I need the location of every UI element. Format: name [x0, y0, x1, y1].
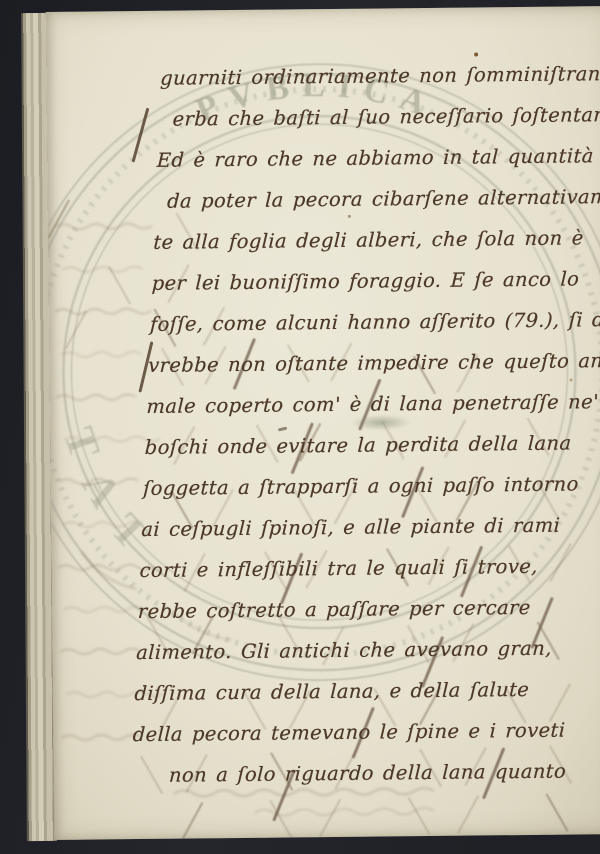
paper-speck: [570, 378, 573, 381]
manuscript-line: rebbe coſtretto a paſſare per cercare: [137, 586, 590, 632]
manuscript-line: da poter la pecora cibarſene alternativa…: [166, 176, 600, 222]
manuscript-line: ſoggetta a ſtrapparſi a ogni paſſo intor…: [142, 463, 595, 509]
manuscript-line: diſſima cura della lana, e della ſalute: [134, 668, 587, 714]
manuscript-page: PVBLICA TAT: [46, 6, 600, 840]
manuscript-line: della pecora temevano le ſpine e i rovet…: [132, 709, 585, 755]
paper-speck: [348, 215, 351, 218]
manuscript-line: guarniti ordinariamente non ſomminiſtran…: [159, 53, 600, 99]
manuscript-line: ai ceſpugli ſpinoſi, e alle piante di ra…: [141, 504, 594, 550]
manuscript-line: alimento. Gli antichi che avevano gran‚: [135, 627, 588, 673]
manuscript-line: corti e infleſſibili tra le quali ſi tro…: [139, 545, 592, 591]
manuscript-line: vrebbe non oſtante impedire che queſto a…: [147, 340, 600, 386]
manuscript-line: te alla foglia degli alberi, che ſola no…: [153, 217, 600, 263]
manuscript-line: non a ſolo riguardo della lana quanto: [168, 750, 583, 795]
manuscript-line: Ed è raro che ne abbiamo in tal quantità: [156, 135, 600, 181]
scan-background: PVBLICA TAT: [0, 0, 600, 854]
manuscript-text: guarniti ordinariamente non ſomminiſtran…: [46, 53, 600, 797]
manuscript-line: per lei buoniſſimo foraggio. E ſe anco l…: [151, 258, 600, 304]
manuscript-line: erba che baſti al ſuo neceſſario ſoſtent…: [172, 94, 600, 140]
paper-speck: [474, 52, 478, 56]
manuscript-line: foſſe, come alcuni hanno aſſerito (79.),…: [149, 299, 600, 345]
